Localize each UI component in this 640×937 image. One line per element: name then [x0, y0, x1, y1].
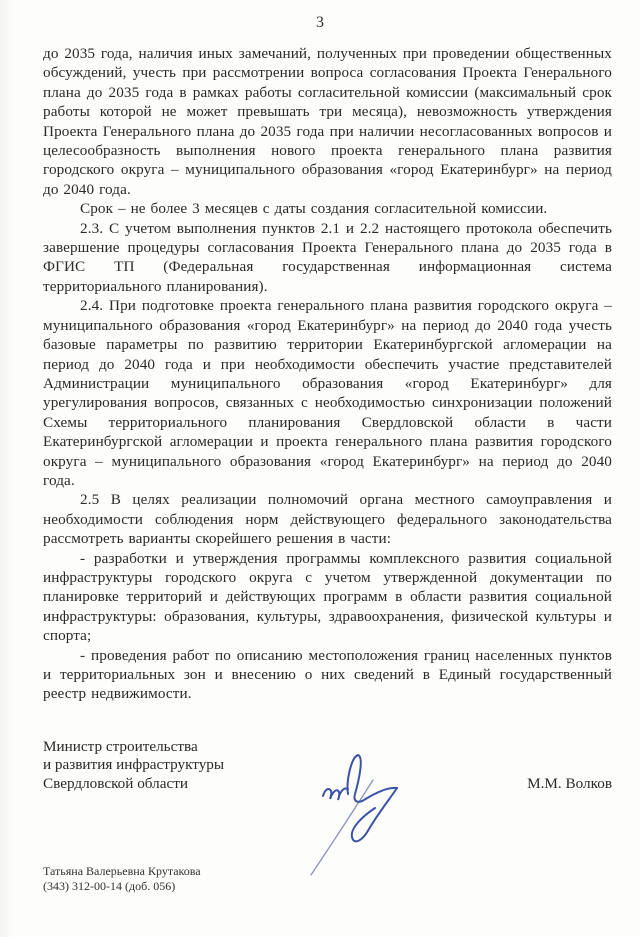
paragraph-list-item-1: - разработки и утверждения программы ком…	[43, 549, 612, 646]
paragraph-srok: Срок – не более 3 месяцев с даты создани…	[43, 199, 612, 218]
paragraph-2-5: 2.5 В целях реализации полномочий органа…	[43, 490, 612, 548]
signer-name: М.М. Волков	[527, 775, 612, 794]
signature-block: Министр строительства и развития инфраст…	[43, 738, 612, 794]
document-page: 3 до 2035 года, наличия иных замечаний, …	[0, 0, 640, 937]
signer-title-line: Свердловской области	[43, 775, 224, 794]
executor-name: Татьяна Валерьевна Крутакова	[43, 864, 201, 879]
executor-contact: Татьяна Валерьевна Крутакова (343) 312-0…	[43, 864, 201, 893]
page-number: 3	[0, 14, 640, 32]
signer-title-line: Министр строительства	[43, 738, 224, 757]
executor-phone: (343) 312-00-14 (доб. 056)	[43, 879, 201, 894]
paragraph-2-3: 2.3. С учетом выполнения пунктов 2.1 и 2…	[43, 219, 612, 297]
paragraph-continuation: до 2035 года, наличия иных замечаний, по…	[43, 44, 612, 199]
paragraph-2-4: 2.4. При подготовке проекта генерального…	[43, 296, 612, 490]
signer-title: Министр строительства и развития инфраст…	[43, 738, 224, 794]
paragraph-list-item-2: - проведения работ по описанию местополо…	[43, 646, 612, 704]
signer-title-line: и развития инфраструктуры	[43, 756, 224, 775]
handwritten-signature-icon	[289, 744, 409, 884]
document-body: до 2035 года, наличия иных замечаний, по…	[43, 44, 612, 793]
